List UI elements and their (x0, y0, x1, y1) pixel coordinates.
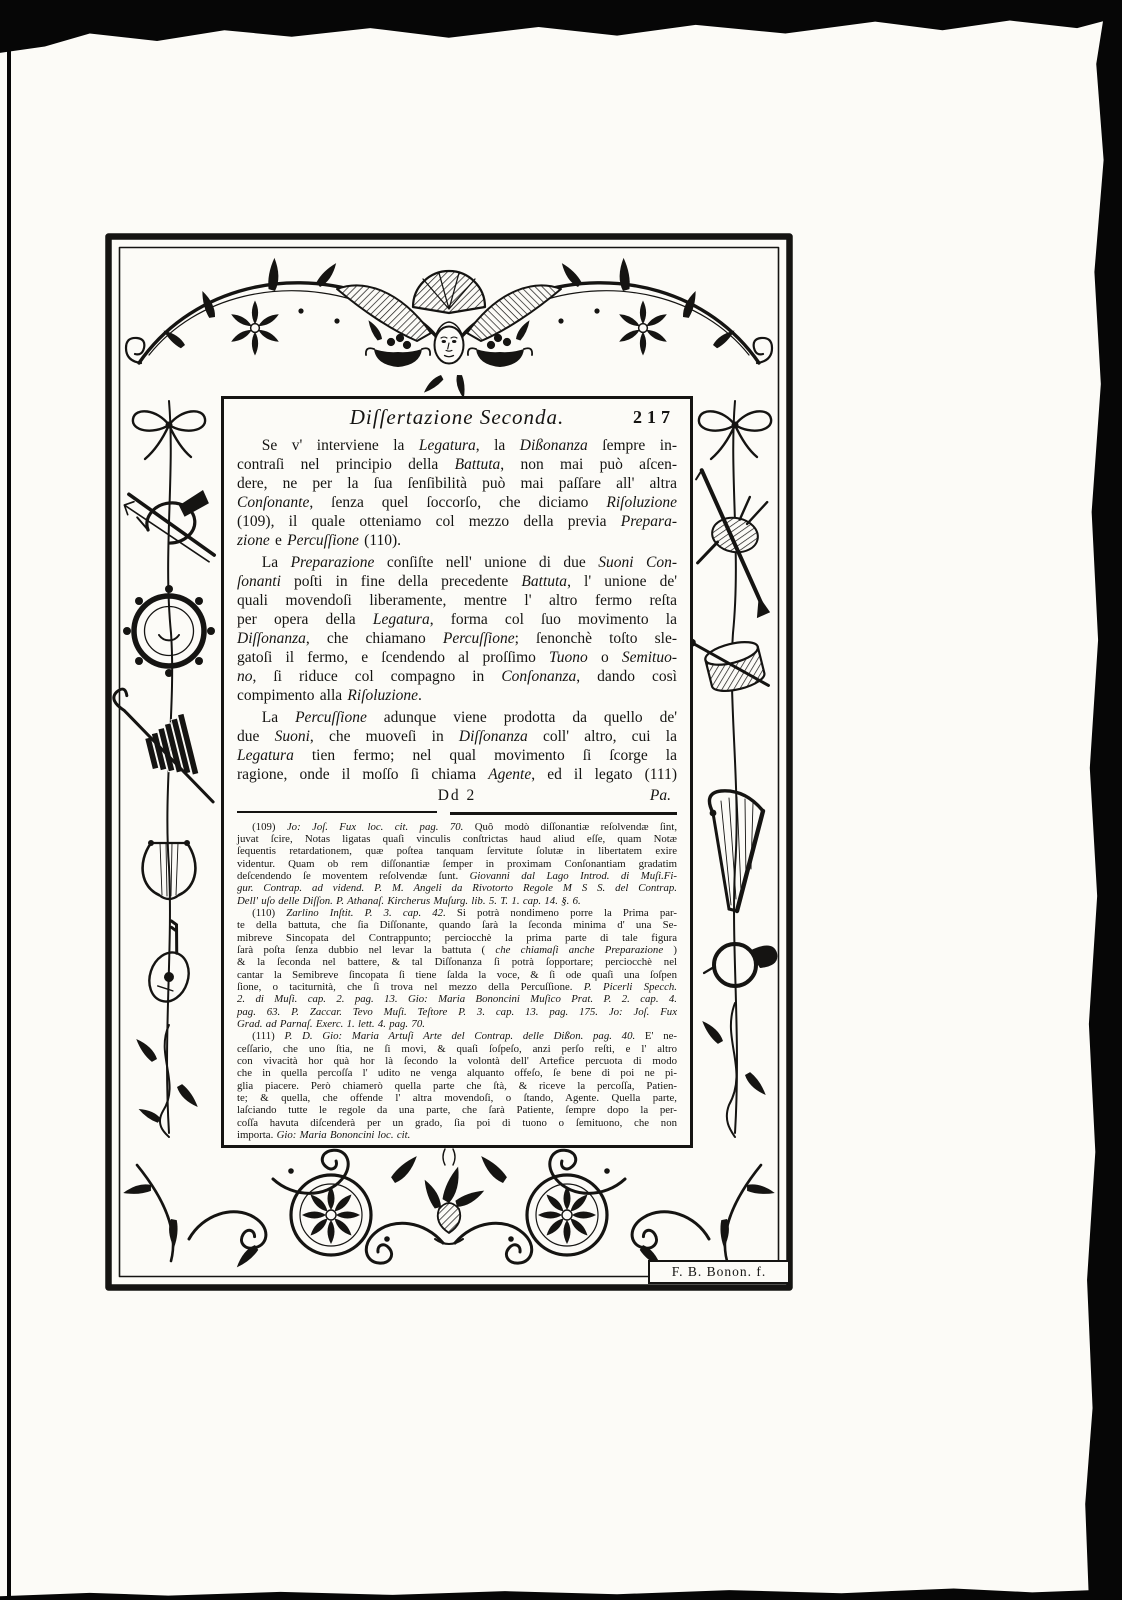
lute-icon (143, 920, 204, 1007)
running-header: Diſſertazione Seconda. 217 (237, 405, 677, 436)
horn-icon (704, 944, 777, 986)
page-title: Diſſertazione Seconda. (237, 405, 677, 430)
ribbon-bow-icon (699, 411, 771, 459)
pan-pipes-icon (112, 674, 213, 819)
left-ornament-band (112, 401, 217, 1137)
top-ornament-band (126, 258, 772, 399)
main-text: Se v' interviene la Legatura, la Dißonan… (237, 436, 677, 784)
text-block: Diſſertazione Seconda. 217 Se v' intervi… (221, 396, 693, 1148)
signature-mark: Dd 2 (237, 787, 677, 805)
footnote-109: (109) Jo: Joſ. Fux loc. cit. pag. 70. Qu… (237, 821, 677, 907)
page-number: 217 (633, 407, 675, 428)
footnote-110: (110) Zarlino Inſtit. P. 3. cap. 42. Si … (237, 907, 677, 1030)
footnotes: (109) Jo: Joſ. Fux loc. cit. pag. 70. Qu… (237, 821, 677, 1142)
ribbon-bow-icon (133, 411, 205, 459)
vine-ornament (696, 1003, 771, 1137)
paragraph: Se v' interviene la Legatura, la Dißonan… (237, 436, 677, 550)
direction-line: Dd 2 Pa. (237, 787, 677, 806)
engraver-signature: F. B. Bonon. f. (648, 1260, 790, 1284)
footnote-111: (111) P. D. Gio: Maria Artuſi Arte del C… (237, 1030, 677, 1141)
rule-segment (237, 811, 437, 813)
rule-segment (450, 812, 677, 814)
paragraph: La Preparazione conſiſte nell' unione di… (237, 553, 677, 705)
bottom-ornament-band (123, 1148, 775, 1272)
drum-icon (687, 623, 768, 702)
paragraph: La Percuſſione adunque viene prodotta da… (237, 708, 677, 784)
shell-ornament (413, 271, 485, 313)
palmette-ornament (415, 1167, 484, 1244)
footnote-rule (237, 811, 677, 815)
catchword: Pa. (650, 787, 671, 805)
press-mark (443, 1149, 455, 1165)
book-scan-page: { "page": { "header_title": "Diſſertazio… (0, 0, 1122, 1600)
scan-edge-left (7, 28, 11, 1600)
